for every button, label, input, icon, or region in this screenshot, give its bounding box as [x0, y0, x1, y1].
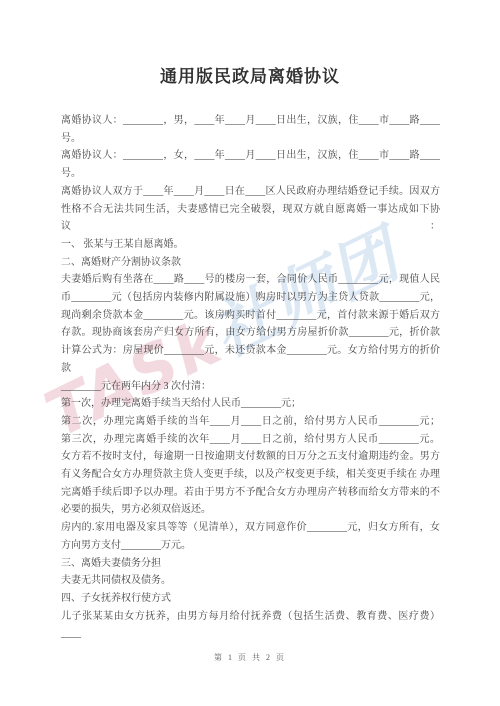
document-line: ________元在两年内分 3 次付清：: [61, 378, 440, 396]
document-line: 三、离婚夫妻债务分担: [61, 555, 440, 573]
document-line: 完离婚手续后即予以办理。若由于男方不予配合女方办理房产转移而给女方带来的不: [61, 484, 440, 502]
document-line: 离婚协议人双方于____年____月____日在____区人民政府办理结婚登记手…: [61, 183, 440, 201]
document-line: 性格不合无法共同生活，夫妻感情已完全破裂，现双方就自愿离婚一事达成如下协议：: [61, 201, 440, 236]
document-line: 必要的损失，男方必须双倍返还。: [61, 501, 440, 519]
document-line: 第二次，办理完离婚手续的当年____月____日之前，给付男方人民币______…: [61, 413, 440, 431]
document-line: 儿子张某某由女方抚养，由男方每月给付抚养费（包括生活费、教育费、医疗费）____: [61, 608, 440, 643]
document-body: 离婚协议人：________，男，____年____月____日出生，汉族，住_…: [61, 112, 440, 643]
document-line: 存款。现协商该套房产归女方所有，由女方给付男方房屋折价款________元，折价…: [61, 324, 440, 342]
document-line: 房内的.家用电器及家具等等（见清单），双方同意作价________元，归女方所有…: [61, 519, 440, 537]
document-page: TASk社师团 通用版民政局离婚协议 离婚协议人：________，男，____…: [0, 0, 500, 706]
document-line: 号。: [61, 130, 440, 148]
document-line: 一、 张某与王某自愿离婚。: [61, 236, 440, 254]
document-line: 号。: [61, 165, 440, 183]
document-line: 四、子女抚养权行使方式: [61, 590, 440, 608]
document-line: 现尚剩余贷款本金________元。该房购买时首付________元，首付款来源…: [61, 307, 440, 325]
document-line: 方向男方支付________万元。: [61, 537, 440, 555]
document-line: 离婚协议人：________，女，____年____月____日出生，汉族，住_…: [61, 147, 440, 165]
document-line: 第三次，办理完离婚手续的次年____月____日之前，给付男方人民币______…: [61, 431, 440, 449]
document-title: 通用版民政局离婚协议: [0, 62, 500, 87]
document-line: 二、离婚财产分割协议条款: [61, 254, 440, 272]
document-line: 币________元（包括房内装修内附属设施）购房时以男方为主贷人贷款_____…: [61, 289, 440, 307]
page-number-footer: 第 1 页 共 2 页: [0, 652, 500, 663]
document-line: 离婚协议人：________，男，____年____月____日出生，汉族，住_…: [61, 112, 440, 130]
document-line: 女方若不按时支付，每逾期一日按逾期支付数额的日万分之五支付逾期违约金。男方: [61, 448, 440, 466]
document-line: 有义务配合女方办理贷款主贷人变更手续，以及产权变更手续，相关变更手续在 办理: [61, 466, 440, 484]
document-line: 夫妻婚后购有坐落在____路____号的楼房一套，合同价人民币________元…: [61, 271, 440, 289]
document-line: 第一次，办理完离婚手续当天给付人民币________元；: [61, 395, 440, 413]
document-line: 计算公式为：房屋现价________元，未还贷款本金________元。女方给付…: [61, 342, 440, 377]
document-line: 夫妻无共同债权及债务。: [61, 572, 440, 590]
